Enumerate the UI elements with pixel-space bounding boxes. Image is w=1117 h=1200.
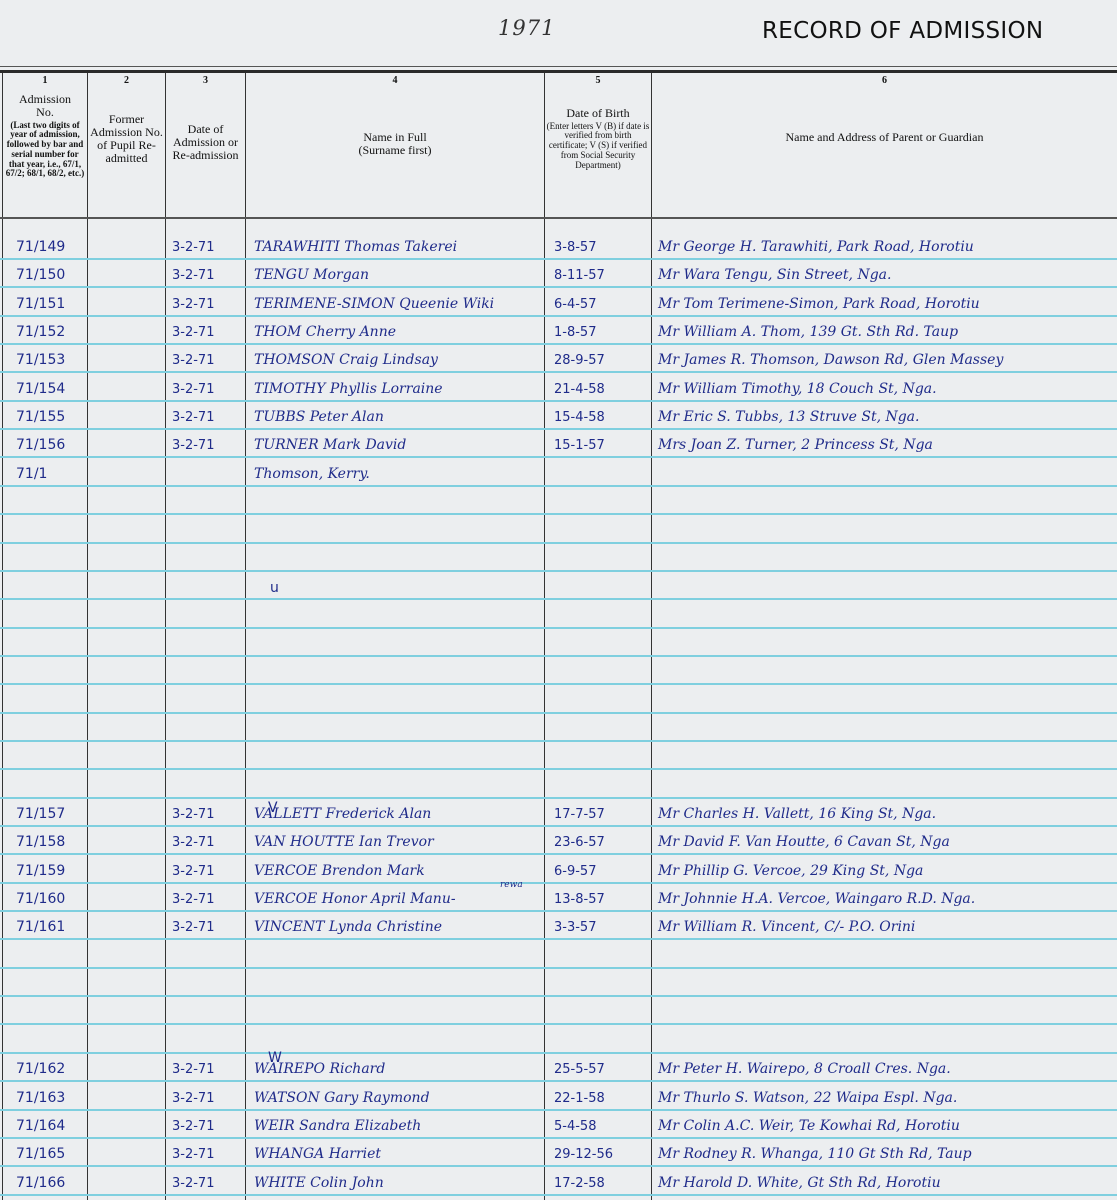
admission-number: 71/157 <box>16 806 65 822</box>
parent-name-address: Mr David F. Van Houtte, 6 Cavan St, Nga <box>658 834 950 850</box>
ruled-line <box>0 513 1117 515</box>
table-row: 71/1583-2-71VAN HOUTTE Ian Trevor23-6-57… <box>0 825 1117 853</box>
pupil-name: TERIMENE-SIMON Queenie Wiki <box>254 296 494 312</box>
admission-date: 3-2-71 <box>172 835 214 850</box>
date-of-birth: 6-9-57 <box>554 864 596 879</box>
table-row: 71/1Thomson, Kerry. <box>0 457 1117 485</box>
parent-name-address: Mr William A. Thom, 139 Gt. Sth Rd. Taup <box>658 324 958 340</box>
table-row: 71/1653-2-71WHANGA Harriet29-12-56Mr Rod… <box>0 1137 1117 1165</box>
column-header-parent: 6 Name and Address of Parent or Guardian <box>652 76 1117 144</box>
admission-number: 71/152 <box>16 324 65 340</box>
ruled-line <box>0 967 1117 969</box>
admission-date: 3-2-71 <box>172 382 214 397</box>
admission-number: 71/161 <box>16 919 65 935</box>
date-of-birth: 3-3-57 <box>554 920 596 935</box>
ruled-line <box>0 712 1117 714</box>
table-row: 71/1543-2-71TIMOTHY Phyllis Lorraine21-4… <box>0 372 1117 400</box>
date-of-birth: 17-7-57 <box>554 807 605 822</box>
pupil-name: WEIR Sandra Elizabeth <box>254 1118 421 1134</box>
admission-date: 3-2-71 <box>172 864 214 879</box>
date-of-birth: 3-8-57 <box>554 240 596 255</box>
admission-date: 3-2-71 <box>172 353 214 368</box>
admission-number: 71/154 <box>16 381 65 397</box>
admission-date: 3-2-71 <box>172 892 214 907</box>
pupil-name: THOM Cherry Anne <box>254 324 396 340</box>
admission-number: 71/1 <box>16 466 47 482</box>
parent-name-address: Mr James R. Thomson, Dawson Rd, Glen Mas… <box>658 352 1003 368</box>
date-of-birth: 17-2-58 <box>554 1176 605 1191</box>
ruled-line <box>0 995 1117 997</box>
ruled-line <box>0 598 1117 600</box>
date-of-birth: 22-1-58 <box>554 1091 605 1106</box>
parent-name-address: Mr Peter H. Wairepo, 8 Croall Cres. Nga. <box>658 1061 951 1077</box>
admission-number: 71/159 <box>16 863 65 879</box>
column-header-admission-no: 1 Admission No. (Last two digits of year… <box>3 76 87 179</box>
ruled-line <box>0 1194 1117 1196</box>
table-row: 71/1563-2-71TURNER Mark David15-1-57Mrs … <box>0 428 1117 456</box>
date-of-birth: 5-4-58 <box>554 1119 596 1134</box>
date-of-birth: 28-9-57 <box>554 353 605 368</box>
admission-date: 3-2-71 <box>172 1176 214 1191</box>
ruled-line <box>0 655 1117 657</box>
table-row: 71/1633-2-71WATSON Gary Raymond22-1-58Mr… <box>0 1081 1117 1109</box>
name-continuation-note: rewa <box>500 880 523 890</box>
page-title: RECORD OF ADMISSION <box>762 18 1043 44</box>
parent-name-address: Mr Rodney R. Whanga, 110 Gt Sth Rd, Taup <box>658 1146 972 1162</box>
ruled-line <box>0 740 1117 742</box>
parent-name-address: Mr Johnnie H.A. Vercoe, Waingaro R.D. Ng… <box>658 891 975 907</box>
parent-name-address: Mr Phillip G. Vercoe, 29 King St, Nga <box>658 863 923 879</box>
pupil-name: TARAWHITI Thomas Takerei <box>254 239 457 255</box>
date-of-birth: 8-11-57 <box>554 268 605 283</box>
divider <box>0 70 1117 73</box>
table-row: 71/1503-2-71TENGU Morgan8-11-57Mr Wara T… <box>0 258 1117 286</box>
ruled-line <box>0 1023 1117 1025</box>
date-of-birth: 21-4-58 <box>554 382 605 397</box>
admission-date: 3-2-71 <box>172 240 214 255</box>
parent-name-address: Mr Wara Tengu, Sin Street, Nga. <box>658 267 891 283</box>
pupil-name: VERCOE Brendon Mark <box>254 863 425 879</box>
pupil-name: TENGU Morgan <box>254 267 369 283</box>
column-header-name: 4 Name in Full (Surname first) <box>246 76 544 157</box>
admission-date: 3-2-71 <box>172 268 214 283</box>
table-row: 71/1663-2-71WHITE Colin John17-2-58Mr Ha… <box>0 1166 1117 1194</box>
date-of-birth: 25-5-57 <box>554 1062 605 1077</box>
ruled-line <box>0 570 1117 572</box>
date-of-birth: 6-4-57 <box>554 297 596 312</box>
parent-name-address: Mr William R. Vincent, C/- P.O. Orini <box>658 919 915 935</box>
date-of-birth: 23-6-57 <box>554 835 605 850</box>
admission-date: 3-2-71 <box>172 1091 214 1106</box>
date-of-birth: 15-4-58 <box>554 410 605 425</box>
parent-name-address: Mrs Joan Z. Turner, 2 Princess St, Nga <box>658 437 933 453</box>
date-of-birth: 1-8-57 <box>554 325 596 340</box>
pupil-name: TURNER Mark David <box>254 437 406 453</box>
pupil-name: WATSON Gary Raymond <box>254 1090 430 1106</box>
admission-number: 71/162 <box>16 1061 65 1077</box>
pupil-name: Thomson, Kerry. <box>254 466 370 482</box>
page-year: 1971 <box>498 16 555 40</box>
table-row: 71/1553-2-71TUBBS Peter Alan15-4-58Mr Er… <box>0 400 1117 428</box>
table-row: 71/1513-2-71TERIMENE-SIMON Queenie Wiki6… <box>0 287 1117 315</box>
pupil-name: WAIREPO Richard <box>254 1061 385 1077</box>
admission-number: 71/165 <box>16 1146 65 1162</box>
pupil-name: VERCOE Honor April Manu- <box>254 891 456 907</box>
pupil-name: TUBBS Peter Alan <box>254 409 384 425</box>
admission-number: 71/164 <box>16 1118 65 1134</box>
admission-date: 3-2-71 <box>172 1062 214 1077</box>
parent-name-address: Mr Colin A.C. Weir, Te Kowhai Rd, Horoti… <box>658 1118 960 1134</box>
admission-date: 3-2-71 <box>172 807 214 822</box>
admission-number: 71/163 <box>16 1090 65 1106</box>
table-row: 71/1573-2-71VALLETT Frederick Alan17-7-5… <box>0 797 1117 825</box>
ruled-line <box>0 485 1117 487</box>
admission-date: 3-2-71 <box>172 410 214 425</box>
table-row: 71/1593-2-71VERCOE Brendon Mark6-9-57Mr … <box>0 854 1117 882</box>
admission-date: 3-2-71 <box>172 920 214 935</box>
section-letter-u: u <box>270 580 279 596</box>
pupil-name: VINCENT Lynda Christine <box>254 919 442 935</box>
admission-register-page: 1971 RECORD OF ADMISSION 1 Admission No.… <box>0 0 1117 1200</box>
date-of-birth: 29-12-56 <box>554 1147 613 1162</box>
pupil-name: THOMSON Craig Lindsay <box>254 352 438 368</box>
date-of-birth: 15-1-57 <box>554 438 605 453</box>
pupil-name: WHITE Colin John <box>254 1175 384 1191</box>
ruled-line <box>0 938 1117 940</box>
table-row: 71/1603-2-71VERCOE Honor April Manu-13-8… <box>0 882 1117 910</box>
parent-name-address: Mr William Timothy, 18 Couch St, Nga. <box>658 381 937 397</box>
admission-date: 3-2-71 <box>172 297 214 312</box>
admission-date: 3-2-71 <box>172 325 214 340</box>
divider <box>0 66 1117 67</box>
admission-date: 3-2-71 <box>172 1147 214 1162</box>
table-row: 71/1523-2-71THOM Cherry Anne1-8-57Mr Wil… <box>0 315 1117 343</box>
header-divider <box>0 217 1117 219</box>
pupil-name: VAN HOUTTE Ian Trevor <box>254 834 434 850</box>
parent-name-address: Mr Thurlo S. Watson, 22 Waipa Espl. Nga. <box>658 1090 957 1106</box>
ruled-line <box>0 542 1117 544</box>
ruled-line <box>0 768 1117 770</box>
column-header-date-admission: 3 Date of Admission or Re-admission <box>166 76 245 162</box>
admission-number: 71/160 <box>16 891 65 907</box>
admission-date: 3-2-71 <box>172 1119 214 1134</box>
table-row: 71/1493-2-71TARAWHITI Thomas Takerei3-8-… <box>0 230 1117 258</box>
parent-name-address: Mr Eric S. Tubbs, 13 Struve St, Nga. <box>658 409 919 425</box>
date-of-birth: 13-8-57 <box>554 892 605 907</box>
pupil-name: VALLETT Frederick Alan <box>254 806 431 822</box>
parent-name-address: Mr Harold D. White, Gt Sth Rd, Horotiu <box>658 1175 941 1191</box>
table-row: 71/1623-2-71WAIREPO Richard25-5-57Mr Pet… <box>0 1052 1117 1080</box>
pupil-name: WHANGA Harriet <box>254 1146 381 1162</box>
admission-number: 71/151 <box>16 296 65 312</box>
parent-name-address: Mr George H. Tarawhiti, Park Road, Horot… <box>658 239 974 255</box>
admission-number: 71/150 <box>16 267 65 283</box>
parent-name-address: Mr Charles H. Vallett, 16 King St, Nga. <box>658 806 936 822</box>
admission-number: 71/149 <box>16 239 65 255</box>
pupil-name: TIMOTHY Phyllis Lorraine <box>254 381 443 397</box>
table-row: 71/1533-2-71THOMSON Craig Lindsay28-9-57… <box>0 343 1117 371</box>
admission-date: 3-2-71 <box>172 438 214 453</box>
table-row: 71/1643-2-71WEIR Sandra Elizabeth5-4-58M… <box>0 1109 1117 1137</box>
ruled-line <box>0 627 1117 629</box>
admission-number: 71/156 <box>16 437 65 453</box>
admission-number: 71/158 <box>16 834 65 850</box>
ruled-line <box>0 683 1117 685</box>
admission-number: 71/153 <box>16 352 65 368</box>
column-header-former-admission: 2 Former Admission No. of Pupil Re-admit… <box>88 76 165 165</box>
admission-number: 71/155 <box>16 409 65 425</box>
column-header-date-of-birth: 5 Date of Birth (Enter letters V (B) if … <box>545 76 651 170</box>
parent-name-address: Mr Tom Terimene-Simon, Park Road, Horoti… <box>658 296 980 312</box>
admission-number: 71/166 <box>16 1175 65 1191</box>
table-row: 71/1613-2-71VINCENT Lynda Christine3-3-5… <box>0 910 1117 938</box>
